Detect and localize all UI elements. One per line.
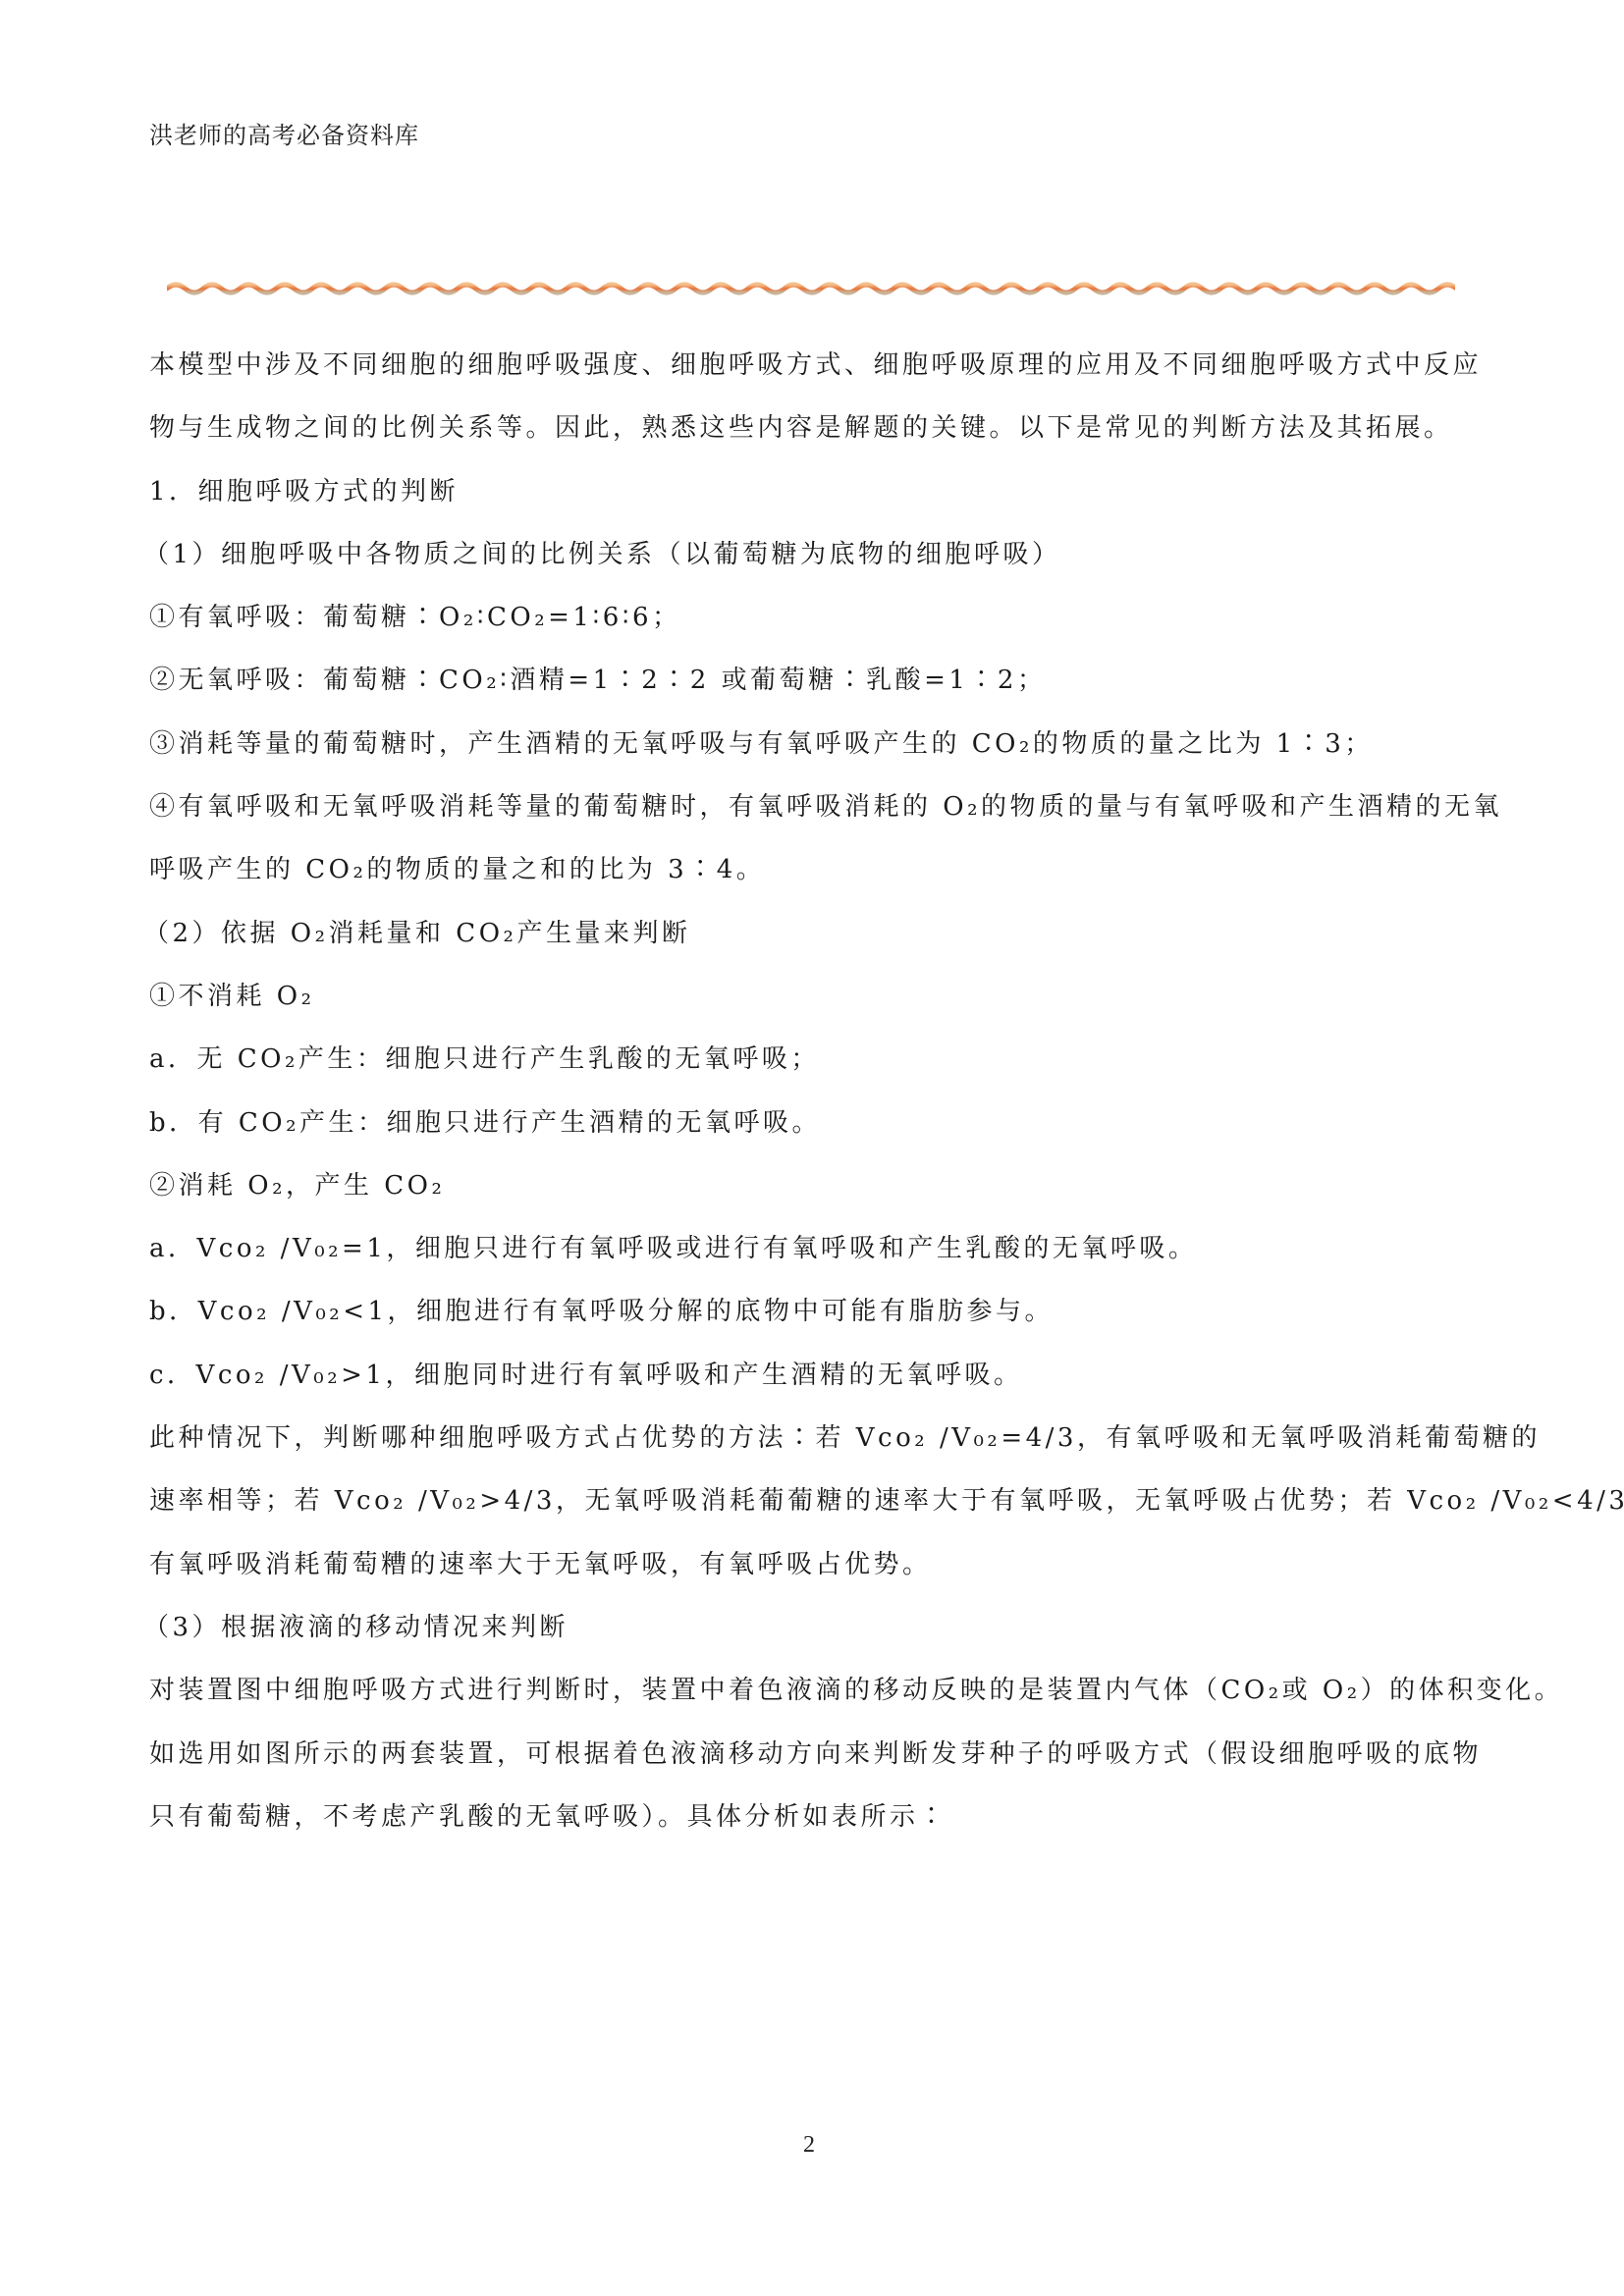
subsection-heading-3: （3）根据液滴的移动情况来判断 bbox=[149, 1596, 1485, 1659]
intro-paragraph-line-1: 本模型中涉及不同细胞的细胞呼吸强度、细胞呼吸方式、细胞呼吸原理的应用及不同细胞呼… bbox=[149, 334, 1485, 397]
decorative-wave-divider bbox=[167, 277, 1455, 300]
list-item-anaerobic-ratio: ②无氧呼吸：葡萄糖∶CO₂∶酒精=1∶2∶2 或葡萄糖∶乳酸=1∶2； bbox=[149, 649, 1485, 712]
body-content: 本模型中涉及不同细胞的细胞呼吸强度、细胞呼吸方式、细胞呼吸原理的应用及不同细胞呼… bbox=[149, 334, 1485, 1848]
section-heading-1: 1．细胞呼吸方式的判断 bbox=[149, 460, 1485, 523]
list-item-no-co2: a．无 CO₂产生：细胞只进行产生乳酸的无氧呼吸； bbox=[149, 1028, 1485, 1091]
list-item-ratio-greater-1: c．Vco₂ /V₀₂>1，细胞同时进行有氧呼吸和产生酒精的无氧呼吸。 bbox=[149, 1344, 1485, 1407]
droplet-paragraph-line-3: 只有葡萄糖，不考虑产乳酸的无氧呼吸）。具体分析如表所示∶ bbox=[149, 1786, 1485, 1848]
list-item-aerobic-ratio: ①有氧呼吸：葡萄糖∶O₂∶CO₂=1∶6∶6； bbox=[149, 586, 1485, 649]
header-title: 洪老师的高考必备资料库 bbox=[149, 116, 419, 150]
subsection-heading-2: （2）依据 O₂消耗量和 CO₂产生量来判断 bbox=[149, 902, 1485, 965]
page-number: 2 bbox=[803, 2132, 815, 2159]
dominance-paragraph-line-2: 速率相等；若 Vco₂ /V₀₂>4/3，无氧呼吸消耗葡葡糖的速率大于有氧呼吸，… bbox=[149, 1469, 1485, 1532]
dominance-paragraph-line-3: 有氧呼吸消耗葡萄糟的速率大于无氧呼吸，有氧呼吸占优势。 bbox=[149, 1533, 1485, 1596]
list-item-equal-glucose-co2: ③消耗等量的葡萄糖时，产生酒精的无氧呼吸与有氧呼吸产生的 CO₂的物质的量之比为… bbox=[149, 713, 1485, 775]
droplet-paragraph-line-1: 对装置图中细胞呼吸方式进行判断时，装置中着色液滴的移动反映的是装置内气体（CO₂… bbox=[149, 1659, 1485, 1722]
list-item-equal-glucose-o2-line-1: ④有氧呼吸和无氧呼吸消耗等量的葡萄糖时，有氧呼吸消耗的 O₂的物质的量与有氧呼吸… bbox=[149, 775, 1485, 838]
list-item-no-o2: ①不消耗 O₂ bbox=[149, 965, 1485, 1028]
list-item-ratio-less-1: b．Vco₂ /V₀₂<1，细胞进行有氧呼吸分解的底物中可能有脂肪参与。 bbox=[149, 1280, 1485, 1343]
droplet-paragraph-line-2: 如选用如图所示的两套装置，可根据着色液滴移动方向来判断发芽种子的呼吸方式（假设细… bbox=[149, 1723, 1485, 1786]
intro-paragraph-line-2: 物与生成物之间的比例关系等。因此，熟悉这些内容是解题的关键。以下是常见的判断方法… bbox=[149, 397, 1485, 459]
list-item-has-co2: b．有 CO₂产生：细胞只进行产生酒精的无氧呼吸。 bbox=[149, 1092, 1485, 1154]
dominance-paragraph-line-1: 此种情况下，判断哪种细胞呼吸方式占优势的方法∶若 Vco₂ /V₀₂=4/3，有… bbox=[149, 1407, 1485, 1469]
list-item-equal-glucose-o2-line-2: 呼吸产生的 CO₂的物质的量之和的比为 3∶4。 bbox=[149, 838, 1485, 901]
list-item-ratio-equal-1: a．Vco₂ /V₀₂=1，细胞只进行有氧呼吸或进行有氧呼吸和产生乳酸的无氧呼吸… bbox=[149, 1217, 1485, 1280]
subsection-heading-1: （1）细胞呼吸中各物质之间的比例关系（以葡萄糖为底物的细胞呼吸） bbox=[149, 523, 1485, 586]
list-item-consume-o2: ②消耗 O₂，产生 CO₂ bbox=[149, 1154, 1485, 1217]
